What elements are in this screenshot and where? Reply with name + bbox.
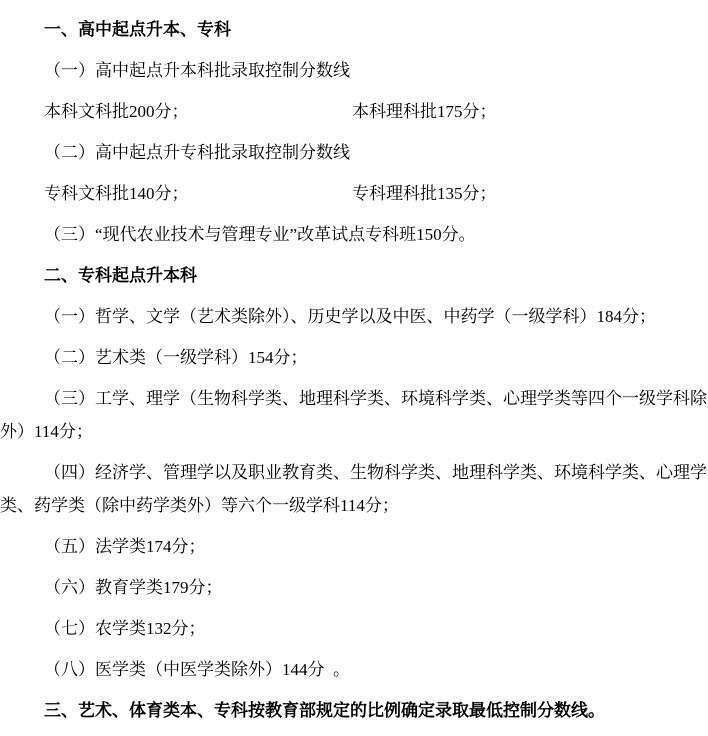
- score-bachelor-liberal-arts: 本科文科批200分；: [44, 102, 189, 121]
- para-hs-college-cutoff-title: （二）高中起点升专科批录取控制分数线: [0, 136, 708, 169]
- para-hs-bachelor-cutoff-title: （一）高中起点升本科批录取控制分数线: [0, 54, 708, 87]
- section-1-heading: 一、高中起点升本、专科: [0, 13, 708, 46]
- score-college-liberal-arts: 专科文科批140分；: [44, 184, 189, 203]
- score-line-hs-college: 专科文科批140分； 专科理科批135分；: [0, 177, 708, 210]
- para-philosophy-literature-history: （一）哲学、文学（艺术类除外）、历史学以及中医、中药学（一级学科）184分；: [0, 300, 708, 333]
- score-bachelor-science: 本科理科批175分；: [352, 95, 497, 128]
- score-college-science: 专科理科批135分；: [352, 177, 497, 210]
- para-arts-category: （二）艺术类（一级学科）154分；: [0, 341, 708, 374]
- para-law-category: （五）法学类174分；: [0, 530, 708, 563]
- section-3-heading: 三、艺术、体育类本、专科按教育部规定的比例确定录取最低控制分数线。: [0, 694, 708, 727]
- para-agronomy-category: （七）农学类132分；: [0, 612, 708, 645]
- para-economics-management: （四）经济学、管理学以及职业教育类、生物科学类、地理科学类、环境科学类、心理学类…: [0, 456, 708, 522]
- article-body: 一、高中起点升本、专科 （一）高中起点升本科批录取控制分数线 本科文科批200分…: [0, 0, 708, 736]
- para-engineering-science: （三）工学、理学（生物科学类、地理科学类、环境科学类、心理学类等四个一级学科除外…: [0, 382, 708, 448]
- para-education-category: （六）教育学类179分；: [0, 571, 708, 604]
- score-line-hs-bachelor: 本科文科批200分； 本科理科批175分；: [0, 95, 708, 128]
- para-medicine-category: （八）医学类（中医学类除外）144分 。: [0, 653, 708, 686]
- para-modern-agriculture-pilot: （三）“现代农业技术与管理专业”改革试点专科班150分。: [0, 218, 708, 251]
- section-2-heading: 二、专科起点升本科: [0, 259, 708, 292]
